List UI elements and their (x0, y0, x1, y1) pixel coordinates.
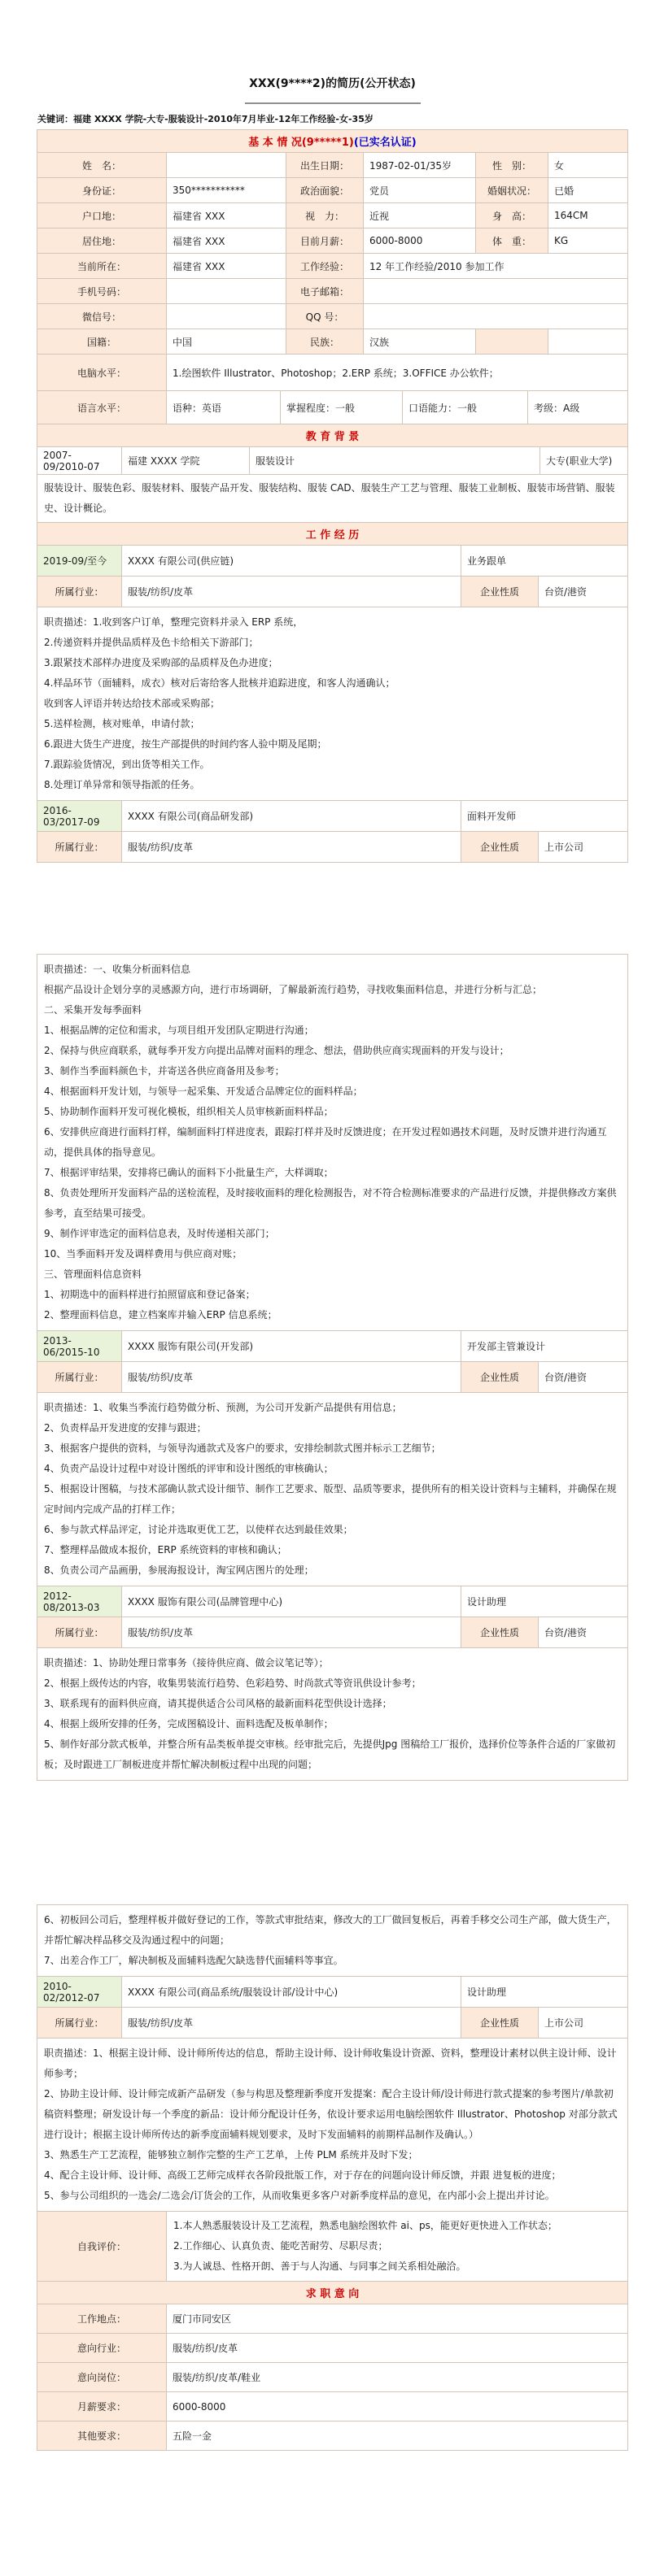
language-label: 语言水平： (37, 391, 166, 424)
job-period: 2019-09/至今 (37, 546, 121, 576)
education-major: 服装设计 (249, 447, 539, 474)
target-industry-label: 意向行业： (37, 2334, 166, 2362)
table-row: 姓 名： 出生日期： 1987-02-01/35岁 性 别： 女 (37, 152, 627, 177)
idcard-label: 身份证： (37, 178, 166, 202)
job-industry-row: 所属行业： 服装/纺织/皮革 企业性质 台资/港资 (37, 576, 627, 607)
job-description-row: 职责描述：1、收集当季流行趋势做分析、预测，为公司开发新产品提供有用信息；2、负… (37, 1392, 627, 1586)
desc-line: 2.工作细心、认真负责、能吃苦耐劳、尽职尽责； (173, 2236, 621, 2256)
qq-label: QQ 号： (286, 304, 363, 329)
desc-line: 6、参与款式样品评定，讨论并选取更优工艺，以使样衣达到最佳效果； (44, 1520, 621, 1540)
desc-line: 2、负责样品开发进度的安排与跟进； (44, 1418, 621, 1438)
weight-label: 体 重： (475, 228, 548, 253)
email-value (363, 279, 627, 303)
job-company: XXXX 有限公司(商品研发部) (121, 801, 461, 831)
job-description: 职责描述：一、收集分析面料信息根据产品设计企划分享的灵感源方向，进行市场调研，了… (37, 955, 627, 1330)
job-period: 2010-02/2012-07 (37, 1977, 121, 2007)
job-description-row: 职责描述：1.收到客户订单，整理完资料并录入 ERP 系统，2.传递资料并提供品… (37, 607, 627, 800)
nature-value: 台资/港资 (538, 1362, 627, 1392)
other-requirement-label: 其他要求： (37, 2422, 166, 2450)
education-section-title-text: 教 育 背 景 (306, 428, 360, 443)
self-evaluation-label: 自我评价： (37, 2212, 166, 2281)
intention-section-title: 求 职 意 向 (37, 2282, 627, 2304)
job-period: 2012-08/2013-03 (37, 1586, 121, 1617)
intention-row: 工作地点： 厦门市同安区 (37, 2304, 627, 2333)
vision-value: 近视 (363, 203, 475, 228)
work-section-title: 工 作 经 历 (37, 523, 627, 545)
job-position: 设计助理 (461, 1977, 627, 2007)
desc-line: 7.跟踪验货情况，到出货等相关工作。 (44, 755, 621, 775)
language-type: 语种：英语 (166, 391, 280, 424)
desc-line: 4、根据上级所安排的任务，完成图稿设计、面料选配及板单制作； (44, 1714, 621, 1734)
desc-line: 3、熟悉生产工艺流程，能够独立制作完整的生产工艺单，上传 PLM 系统并及时下发… (44, 2145, 621, 2165)
desc-line: 4、配合主设计师、设计师、高级工艺师完成样衣各阶段批版工作，对于存在的问题向设计… (44, 2165, 621, 2186)
desc-line: 职责描述：1、收集当季流行趋势做分析、预测，为公司开发新产品提供有用信息； (44, 1398, 621, 1418)
desc-line: 收到客人评语并转达给技术部或采购部； (44, 694, 621, 714)
job-description-row: 职责描述：1、根据主设计师、设计师所传达的信息，帮助主设计师、设计师收集设计资源… (37, 2038, 627, 2211)
industry-label: 所属行业： (37, 832, 121, 862)
job-description-continued: 6、初板回公司后，整理样板并做好登记的工作，等款式审批结束，修改大的工厂做回复板… (37, 1905, 627, 1976)
target-position-label: 意向岗位： (37, 2363, 166, 2391)
intention-row: 其他要求： 五险一金 (37, 2421, 627, 2450)
target-industry-value: 服装/纺织/皮革 (166, 2334, 627, 2362)
table-row: 当前所在： 福建省 XXX 工作经验： 12 年工作经验/2010 参加工作 (37, 253, 627, 278)
wechat-value (166, 304, 286, 329)
desc-line: 1.本人熟悉服装设计及工艺流程，熟悉电脑绘图软件 ai、ps，能更好更快进入工作… (173, 2216, 621, 2236)
job-row: 2019-09/至今 XXXX 有限公司(供应链) 业务跟单 (37, 545, 627, 576)
nationality-label: 国籍： (37, 329, 166, 354)
job-period: 2013-06/2015-10 (37, 1331, 121, 1361)
mobile-value (166, 279, 286, 303)
job-row: 2016-03/2017-09 XXXX 有限公司(商品研发部) 面料开发师 (37, 800, 627, 831)
job-description-row: 职责描述：1、协助处理日常事务（接待供应商、做会议笔记等）；2、根据上级传达的内… (37, 1647, 627, 1780)
desc-line: 三、管理面料信息资料 (44, 1264, 621, 1285)
education-degree: 大专(职业大学) (539, 447, 627, 474)
job-position: 设计助理 (461, 1586, 627, 1617)
desc-line: 8、负责公司产品画册，参展海报设计，淘宝网店图片的处理； (44, 1560, 621, 1581)
desc-line: 职责描述：1、协助处理日常事务（接待供应商、做会议笔记等）； (44, 1653, 621, 1673)
desc-line: 2、整理面料信息，建立档案库并输入ERP 信息系统； (44, 1305, 621, 1325)
job-row: 2012-08/2013-03 XXXX 服饰有限公司(品牌管理中心) 设计助理 (37, 1586, 627, 1617)
self-evaluation-text: 1.本人熟悉服装设计及工艺流程，熟悉电脑绘图软件 ai、ps，能更好更快进入工作… (166, 2212, 627, 2281)
gender-value: 女 (548, 153, 627, 177)
resume-page: XXX(9****2)的简历(公开状态) 关键词：福建 XXXX 学院-大专-服… (0, 0, 664, 2576)
education-row: 2007-09/2010-07 福建 XXXX 学院 服装设计 大专(职业大学) (37, 446, 627, 474)
section-header-intention: 求 职 意 向 (37, 2281, 627, 2304)
experience-label: 工作经验： (286, 254, 363, 278)
language-exam: 考级：A级 (527, 391, 627, 424)
desc-line: 7、根据评审结果，安排将已确认的面料下小批量生产，大样调取； (44, 1163, 621, 1183)
nature-value: 台资/港资 (538, 577, 627, 607)
table-row: 身份证： 350*********** 政治面貌： 党员 婚姻状况： 已婚 (37, 177, 627, 202)
page-title: XXX(9****2)的简历(公开状态) (37, 75, 628, 91)
height-label: 身 高： (475, 203, 548, 228)
work-section-title-text: 工 作 经 历 (306, 526, 360, 542)
job-industry-row: 所属行业： 服装/纺织/皮革 企业性质 台资/港资 (37, 1361, 627, 1392)
basic-section-title-red: 基 本 情 况(9*****1) (248, 133, 354, 149)
desc-line: 9、制作评审选定的面料信息表，及时传递相关部门； (44, 1224, 621, 1244)
nature-label: 企业性质 (461, 2008, 538, 2038)
intention-row: 意向岗位： 服装/纺织/皮革/鞋业 (37, 2362, 627, 2391)
intention-row: 月薪要求： 6000-8000 (37, 2391, 627, 2421)
nationality-value: 中国 (166, 329, 286, 354)
keywords-line: 关键词：福建 XXXX 学院-大专-服装设计-2010年7月毕业-12年工作经验… (37, 112, 628, 125)
desc-line: 8.处理订单异常和领导指派的任务。 (44, 775, 621, 795)
empty-value-cell (548, 329, 627, 354)
desc-line: 3、联系现有的面料供应商，请其提供适合公司风格的最新面料花型供设计选择； (44, 1694, 621, 1714)
name-value (166, 153, 286, 177)
job-description: 职责描述：1.收到客户订单，整理完资料并录入 ERP 系统，2.传递资料并提供品… (37, 607, 627, 800)
computer-value: 1.绘图软件 Illustrator、Photoshop；2.ERP 系统；3.… (166, 355, 627, 390)
language-level: 掌握程度：一般 (280, 391, 402, 424)
hukou-label: 户口地： (37, 203, 166, 228)
computer-label: 电脑水平： (37, 355, 166, 390)
nature-value: 上市公司 (538, 832, 627, 862)
empty-label-cell (475, 329, 548, 354)
desc-line: 2、协助主设计师、设计师完成新产品研发（参与构思及整理新季度开发提案：配合主设计… (44, 2084, 621, 2145)
idcard-value: 350*********** (166, 178, 286, 202)
industry-value: 服装/纺织/皮革 (121, 832, 461, 862)
table-row: 电脑水平： 1.绘图软件 Illustrator、Photoshop；2.ERP… (37, 354, 627, 390)
job-position: 业务跟单 (461, 546, 627, 576)
salary-value: 6000-8000 (363, 228, 475, 253)
table-row: 国籍： 中国 民族： 汉族 (37, 329, 627, 354)
job-description-row: 职责描述：一、收集分析面料信息根据产品设计企划分享的灵感源方向，进行市场调研，了… (37, 955, 627, 1330)
desc-line: 6.跟进大货生产进度，按生产部提供的时间约客人验中期及尾期； (44, 734, 621, 755)
industry-value: 服装/纺织/皮革 (121, 1617, 461, 1647)
job-position: 开发部主管兼设计 (461, 1331, 627, 1361)
nature-label: 企业性质 (461, 1617, 538, 1647)
desc-line: 6、安排供应商进行面料打样，编制面料打样进度表，跟踪打样并及时反馈进度；在开发过… (44, 1122, 621, 1163)
industry-value: 服装/纺织/皮革 (121, 2008, 461, 2038)
education-school: 福建 XXXX 学院 (121, 447, 249, 474)
height-value: 164CM (548, 203, 627, 228)
work-location-label: 工作地点： (37, 2304, 166, 2333)
desc-line: 7、出差合作工厂，解决制板及面辅料选配欠缺选替代面辅料等事宜。 (44, 1951, 621, 1971)
marital-label: 婚姻状况： (475, 178, 548, 202)
basic-section-title: 基 本 情 况(9*****1)(已实名认证) (37, 130, 627, 152)
other-requirement-value: 五险一金 (166, 2422, 627, 2450)
desc-line: 3.跟紧技术部样办进度及采购部的品质样及色办进度； (44, 653, 621, 673)
section-header-basic: 基 本 情 况(9*****1)(已实名认证) (37, 130, 627, 152)
desc-line: 4、根据面料开发计划，与领导一起采集、开发适合品牌定位的面料样品； (44, 1081, 621, 1102)
nature-label: 企业性质 (461, 1362, 538, 1392)
job-company: XXXX 有限公司(商品系统/服装设计部/设计中心) (121, 1977, 461, 2007)
section-header-work: 工 作 经 历 (37, 522, 627, 545)
ethnic-label: 民族： (286, 329, 363, 354)
desc-line: 5.送样检测，核对账单，申请付款； (44, 714, 621, 734)
desc-line: 4.样品环节（面辅料，成衣）核对后寄给客人批核并追踪进度，和客人沟通确认； (44, 673, 621, 694)
hukou-value: 福建省 XXX (166, 203, 286, 228)
industry-value: 服装/纺织/皮革 (121, 1362, 461, 1392)
desc-line: 2.传递资料并提供品质样及色卡给相关下游部门； (44, 633, 621, 653)
intention-section-title-text: 求 职 意 向 (306, 2285, 360, 2300)
table-row: 微信号： QQ 号： (37, 303, 627, 329)
title-divider (245, 102, 421, 104)
job-industry-row: 所属行业： 服装/纺织/皮革 企业性质 上市公司 (37, 2007, 627, 2038)
job-company: XXXX 服饰有限公司(开发部) (121, 1331, 461, 1361)
gender-label: 性 别： (475, 153, 548, 177)
job-company: XXXX 服饰有限公司(品牌管理中心) (121, 1586, 461, 1617)
desc-line: 6、初板回公司后，整理样板并做好登记的工作，等款式审批结束，修改大的工厂做回复板… (44, 1910, 621, 1951)
desc-line: 4、负责产品设计过程中对设计图纸的评审和设计图纸的审核确认； (44, 1459, 621, 1479)
desc-line: 2、根据上级传达的内容，收集男装流行趋势、色彩趋势、时尚款式等资讯供设计参考； (44, 1673, 621, 1694)
location-value: 福建省 XXX (166, 254, 286, 278)
work-location-value: 厦门市同安区 (166, 2304, 627, 2333)
wechat-label: 微信号： (37, 304, 166, 329)
page-break-gap (37, 1781, 628, 1904)
desc-line: 3、制作当季面料颜色卡，并寄送各供应商备用及参考； (44, 1061, 621, 1081)
political-value: 党员 (363, 178, 475, 202)
political-label: 政治面貌： (286, 178, 363, 202)
salary-requirement-label: 月薪要求： (37, 2392, 166, 2421)
nature-label: 企业性质 (461, 832, 538, 862)
education-courses: 服装设计、服装色彩、服装材料、服装产品开发、服装结构、服装 CAD、服装生产工艺… (37, 475, 627, 522)
job-description: 职责描述：1、收集当季流行趋势做分析、预测，为公司开发新产品提供有用信息；2、负… (37, 1393, 627, 1586)
job-company: XXXX 有限公司(供应链) (121, 546, 461, 576)
desc-line: 5、根据设计图稿，与技术部确认款式设计细节、制作工艺要求、版型、品质等要求，提供… (44, 1479, 621, 1520)
job-description-row: 6、初板回公司后，整理样板并做好登记的工作，等款式审批结束，修改大的工厂做回复板… (37, 1905, 627, 1976)
residence-value: 福建省 XXX (166, 228, 286, 253)
desc-line: 5、参与公司组织的一选会/二选会/订货会的工作，从而收集更多客户对新季度样品的意… (44, 2186, 621, 2206)
salary-requirement-value: 6000-8000 (166, 2392, 627, 2421)
nature-label: 企业性质 (461, 577, 538, 607)
weight-value: KG (548, 228, 627, 253)
ethnic-value: 汉族 (363, 329, 475, 354)
nature-value: 台资/港资 (538, 1617, 627, 1647)
desc-line: 职责描述：1、根据主设计师、设计师所传达的信息，帮助主设计师、设计师收集设计资源… (44, 2043, 621, 2084)
birth-label: 出生日期： (286, 153, 363, 177)
desc-line: 10、当季面料开发及调样费用与供应商对账； (44, 1244, 621, 1264)
birth-value: 1987-02-01/35岁 (363, 153, 475, 177)
table-row: 户口地： 福建省 XXX 视 力： 近视 身 高： 164CM (37, 202, 627, 228)
nature-value: 上市公司 (538, 2008, 627, 2038)
education-section-title: 教 育 背 景 (37, 424, 627, 446)
page-break-gap (37, 863, 628, 954)
table-row: 手机号码： 电子邮箱： (37, 278, 627, 303)
industry-label: 所属行业： (37, 1362, 121, 1392)
education-period: 2007-09/2010-07 (37, 447, 121, 474)
email-label: 电子邮箱： (286, 279, 363, 303)
resume-table-fragment-3: 6、初板回公司后，整理样板并做好登记的工作，等款式审批结束，修改大的工厂做回复板… (37, 1904, 628, 2451)
qq-value (363, 304, 627, 329)
desc-line: 3、根据客户提供的资料，与领导沟通款式及客户的要求，安排绘制款式图并标示工艺细节… (44, 1438, 621, 1459)
job-period: 2016-03/2017-09 (37, 801, 121, 831)
job-description: 职责描述：1、协助处理日常事务（接待供应商、做会议笔记等）；2、根据上级传达的内… (37, 1648, 627, 1780)
experience-value: 12 年工作经验/2010 参加工作 (363, 254, 627, 278)
intention-row: 意向行业： 服装/纺织/皮革 (37, 2333, 627, 2362)
target-position-value: 服装/纺织/皮革/鞋业 (166, 2363, 627, 2391)
table-row: 居住地： 福建省 XXX 目前月薪： 6000-8000 体 重： KG (37, 228, 627, 253)
desc-line: 二、采集开发每季面料 (44, 1000, 621, 1020)
location-label: 当前所在： (37, 254, 166, 278)
desc-line: 职责描述：一、收集分析面料信息 (44, 959, 621, 980)
desc-line: 1、初期选中的面料样进行拍照留底和登记备案； (44, 1285, 621, 1305)
job-industry-row: 所属行业： 服装/纺织/皮革 企业性质 台资/港资 (37, 1617, 627, 1647)
resume-document: XXX(9****2)的简历(公开状态) 关键词：福建 XXXX 学院-大专-服… (37, 0, 628, 2451)
job-row: 2010-02/2012-07 XXXX 有限公司(商品系统/服装设计部/设计中… (37, 1976, 627, 2007)
vision-label: 视 力： (286, 203, 363, 228)
job-row: 2013-06/2015-10 XXXX 服饰有限公司(开发部) 开发部主管兼设… (37, 1330, 627, 1361)
self-evaluation-row: 自我评价： 1.本人熟悉服装设计及工艺流程，熟悉电脑绘图软件 ai、ps，能更好… (37, 2211, 627, 2281)
job-description: 职责描述：1、根据主设计师、设计师所传达的信息，帮助主设计师、设计师收集设计资源… (37, 2039, 627, 2211)
verified-badge: (已实名认证) (354, 133, 417, 149)
marital-value: 已婚 (548, 178, 627, 202)
salary-label: 目前月薪： (286, 228, 363, 253)
desc-line: 8、负责处理所开发面料产品的送检流程，及时接收面料的理化检测报告，对不符合检测标… (44, 1183, 621, 1224)
job-position: 面料开发师 (461, 801, 627, 831)
section-header-education: 教 育 背 景 (37, 424, 627, 446)
desc-line: 职责描述：1.收到客户订单，整理完资料并录入 ERP 系统， (44, 612, 621, 633)
desc-line: 根据产品设计企划分享的灵感源方向，进行市场调研，了解最新流行趋势，寻找收集面料信… (44, 980, 621, 1000)
residence-label: 居住地： (37, 228, 166, 253)
job-industry-row: 所属行业： 服装/纺织/皮革 企业性质 上市公司 (37, 831, 627, 862)
education-courses-row: 服装设计、服装色彩、服装材料、服装产品开发、服装结构、服装 CAD、服装生产工艺… (37, 474, 627, 522)
industry-label: 所属行业： (37, 1617, 121, 1647)
name-label: 姓 名： (37, 153, 166, 177)
desc-line: 3.为人诚恳、性格开朗、善于与人沟通、与同事之间关系相处融洽。 (173, 2256, 621, 2277)
language-oral: 口语能力：一般 (402, 391, 527, 424)
desc-line: 5、协助制作面料开发可视化模板，组织相关人员审核新面料样品； (44, 1102, 621, 1122)
desc-line: 7、整理样品做成本报价，ERP 系统资料的审核和确认； (44, 1540, 621, 1560)
table-row: 语言水平： 语种：英语 掌握程度：一般 口语能力：一般 考级：A级 (37, 390, 627, 424)
mobile-label: 手机号码： (37, 279, 166, 303)
desc-line: 5、制作好部分款式板单，并整合所有品类板单提交审核。经审批完后，先提供Jpg 图… (44, 1734, 621, 1775)
resume-table-fragment-1: 基 本 情 况(9*****1)(已实名认证) 姓 名： 出生日期： 1987-… (37, 129, 628, 863)
desc-line: 2、保持与供应商联系，就每季开发方向提出品牌对面料的理念、想法，借助供应商实现面… (44, 1041, 621, 1061)
industry-label: 所属行业： (37, 2008, 121, 2038)
industry-label: 所属行业： (37, 577, 121, 607)
industry-value: 服装/纺织/皮革 (121, 577, 461, 607)
resume-table-fragment-2: 职责描述：一、收集分析面料信息根据产品设计企划分享的灵感源方向，进行市场调研，了… (37, 954, 628, 1781)
desc-line: 1、根据品牌的定位和需求，与项目组开发团队定期进行沟通； (44, 1020, 621, 1041)
